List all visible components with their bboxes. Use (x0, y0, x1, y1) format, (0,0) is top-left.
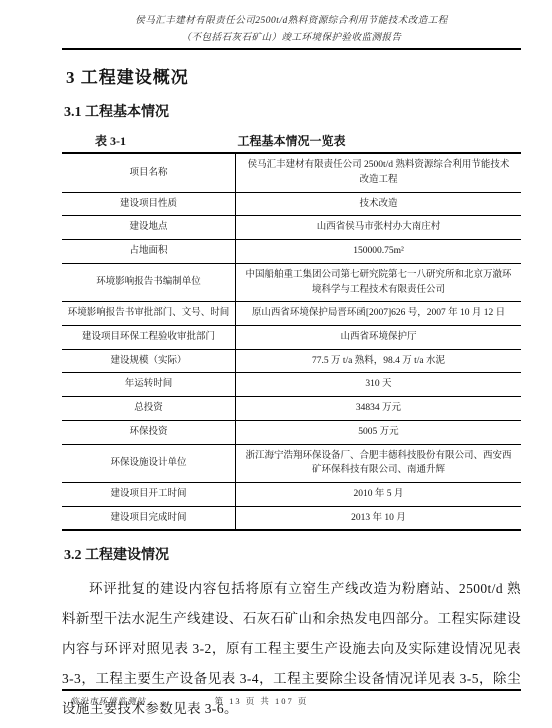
page-content: 侯马汇丰建材有限责任公司2500t/d熟料资源综合利用节能技术改造工程 （不包括… (62, 0, 521, 724)
row-label: 建设地点 (62, 216, 236, 240)
table-row: 建设规模（实际） 77.5 万 t/a 熟料，98.4 万 t/a 水泥 (62, 349, 521, 373)
row-value: 中国船舶重工集团公司第七研究院第七一八研究所和北京万澈环境科学与工程技术有限责任… (236, 263, 522, 301)
table-row: 环境影响报告书审批部门、文号、时间 原山西省环境保护局晋环函[2007]626 … (62, 302, 521, 326)
table-row: 环境影响报告书编制单位 中国船舶重工集团公司第七研究院第七一八研究所和北京万澈环… (62, 263, 521, 301)
table-row: 总投资 34834 万元 (62, 397, 521, 421)
row-label: 环境影响报告书审批部门、文号、时间 (62, 302, 236, 326)
row-label: 项目名称 (62, 153, 236, 192)
row-value: 2010 年 5 月 (236, 483, 522, 507)
row-value: 5005 万元 (236, 420, 522, 444)
table-caption-title: 工程基本情况一览表 (62, 132, 521, 149)
section-heading-3: 3 工程建设概况 (66, 63, 521, 88)
row-value: 2013 年 10 月 (236, 506, 522, 530)
row-value: 技术改造 (236, 192, 522, 216)
table-caption-tag: 表 3-1 (95, 132, 126, 149)
table-row: 建设项目完成时间 2013 年 10 月 (62, 506, 521, 530)
running-footer: 临汾市环境监测站 第 13 页 共 107 页 (62, 689, 521, 708)
row-label: 年运转时间 (62, 373, 236, 397)
table-row: 建设项目环保工程验收审批部门 山西省环境保护厅 (62, 326, 521, 350)
row-label: 环境影响报告书编制单位 (62, 263, 236, 301)
document-page: 侯马汇丰建材有限责任公司2500t/d熟料资源综合利用节能技术改造工程 （不包括… (0, 0, 552, 728)
table-row: 年运转时间 310 天 (62, 373, 521, 397)
header-line-1: 侯马汇丰建材有限责任公司2500t/d熟料资源综合利用节能技术改造工程 (62, 13, 521, 30)
row-label: 环保投资 (62, 420, 236, 444)
row-value: 310 天 (236, 373, 522, 397)
row-value: 浙江海宁浩翔环保设备厂、合肥丰德科技股份有限公司、西安西矿环保科技有限公司、南通… (236, 444, 522, 482)
row-value: 原山西省环境保护局晋环函[2007]626 号，2007 年 10 月 12 日 (236, 302, 522, 326)
row-label: 建设项目性质 (62, 192, 236, 216)
table-row: 建设项目性质 技术改造 (62, 192, 521, 216)
row-label: 占地面积 (62, 240, 236, 264)
row-value: 150000.75m² (236, 240, 522, 264)
row-label: 建设项目环保工程验收审批部门 (62, 326, 236, 350)
row-value: 山西省环境保护厅 (236, 326, 522, 350)
table-row: 建设地点 山西省侯马市张村办大南庄村 (62, 216, 521, 240)
table-row: 建设项目开工时间 2010 年 5 月 (62, 483, 521, 507)
row-label: 建设项目开工时间 (62, 483, 236, 507)
row-value: 77.5 万 t/a 熟料，98.4 万 t/a 水泥 (236, 349, 522, 373)
row-value: 34834 万元 (236, 397, 522, 421)
table-row: 项目名称 侯马汇丰建材有限责任公司 2500t/d 熟料资源综合利用节能技术改造… (62, 153, 521, 192)
row-value: 侯马汇丰建材有限责任公司 2500t/d 熟料资源综合利用节能技术改造工程 (236, 153, 522, 192)
table-row: 环保设施设计单位 浙江海宁浩翔环保设备厂、合肥丰德科技股份有限公司、西安西矿环保… (62, 444, 521, 482)
table-row: 占地面积 150000.75m² (62, 240, 521, 264)
row-label: 建设项目完成时间 (62, 506, 236, 530)
section-heading-3-2: 3.2 工程建设情况 (64, 544, 521, 564)
row-value: 山西省侯马市张村办大南庄村 (236, 216, 522, 240)
table-row: 环保投资 5005 万元 (62, 420, 521, 444)
header-line-2: （不包括石灰石矿山）竣工环境保护验收监测报告 (62, 30, 521, 47)
row-label: 建设规模（实际） (62, 349, 236, 373)
basic-info-table: 项目名称 侯马汇丰建材有限责任公司 2500t/d 熟料资源综合利用节能技术改造… (62, 152, 521, 531)
table-caption: 表 3-1 工程基本情况一览表 (62, 132, 521, 150)
row-label: 环保设施设计单位 (62, 444, 236, 482)
row-label: 总投资 (62, 397, 236, 421)
section-heading-3-1: 3.1 工程基本情况 (64, 101, 521, 121)
footer-page-number: 第 13 页 共 107 页 (62, 695, 461, 707)
header-rule (62, 48, 521, 50)
running-header: 侯马汇丰建材有限责任公司2500t/d熟料资源综合利用节能技术改造工程 （不包括… (62, 0, 521, 50)
